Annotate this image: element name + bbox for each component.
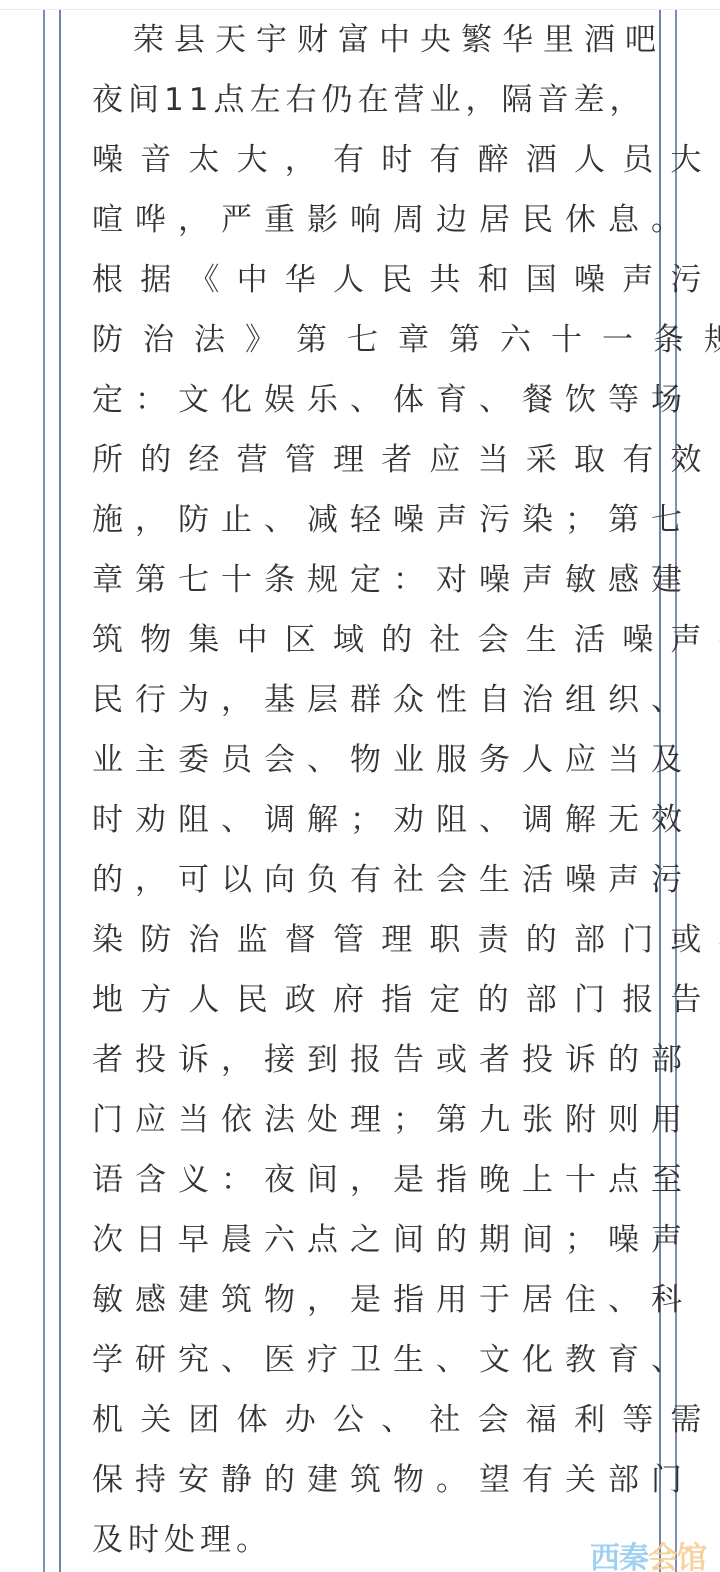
text-line: 门应当依法处理；第九张附则用 [92, 1090, 626, 1150]
text-line: 者投诉，接到报告或者投诉的部 [92, 1030, 626, 1090]
watermark-part-2: 会馆 [648, 1541, 706, 1572]
text-line: 施，防止、减轻噪声污染；第七 [92, 490, 626, 550]
text-line: 民行为，基层群众性自治组织、 [92, 670, 626, 730]
text-line: 学研究、医疗卫生、文化教育、 [92, 1330, 626, 1390]
complaint-text-body: 荣县天宇财富中央繁华里酒吧 夜间11点左右仍在营业，隔音差， 噪音太大，有时有醉… [92, 10, 626, 1570]
text-line: 敏感建筑物，是指用于居住、科 [92, 1270, 626, 1330]
text-line: 定：文化娱乐、体育、餐饮等场 [92, 370, 626, 430]
text-line: 荣县天宇财富中央繁华里酒吧 [92, 10, 626, 70]
text-line: 所的经营管理者应当采取有效措 [92, 430, 626, 490]
watermark-part-1: 西秦 [590, 1541, 648, 1572]
text-line: 防治法》第七章第六十一条规 [92, 310, 626, 370]
text-line: 喧哗，严重影响周边居民休息。 [92, 190, 626, 250]
right-outer-border [675, 10, 677, 1572]
text-line: 噪音太大，有时有醉酒人员大声 [92, 130, 626, 190]
text-line: 染防治监督管理职责的部门或者 [92, 910, 626, 970]
text-line: 地方人民政府指定的部门报告或 [92, 970, 626, 1030]
text-line: 时劝阻、调解；劝阻、调解无效 [92, 790, 626, 850]
text-line: 机关团体办公、社会福利等需要 [92, 1390, 626, 1450]
right-inner-border [659, 10, 661, 1572]
text-line: 保持安静的建筑物。望有关部门 [92, 1450, 626, 1510]
left-outer-border [43, 10, 45, 1572]
watermark-logo: 西秦会馆 [590, 1533, 706, 1572]
text-line: 根据《中华人民共和国噪声污染 [92, 250, 626, 310]
text-line: 夜间11点左右仍在营业，隔音差， [92, 70, 626, 130]
text-line: 次日早晨六点之间的期间；噪声 [92, 1210, 626, 1270]
text-line: 业主委员会、物业服务人应当及 [92, 730, 626, 790]
text-line: 语含义：夜间，是指晚上十点至 [92, 1150, 626, 1210]
text-line: 章第七十条规定：对噪声敏感建 [92, 550, 626, 610]
left-inner-border [59, 10, 61, 1572]
text-line: 及时处理。 [92, 1510, 626, 1570]
text-line: 的，可以向负有社会生活噪声污 [92, 850, 626, 910]
text-line: 筑物集中区域的社会生活噪声扰 [92, 610, 626, 670]
